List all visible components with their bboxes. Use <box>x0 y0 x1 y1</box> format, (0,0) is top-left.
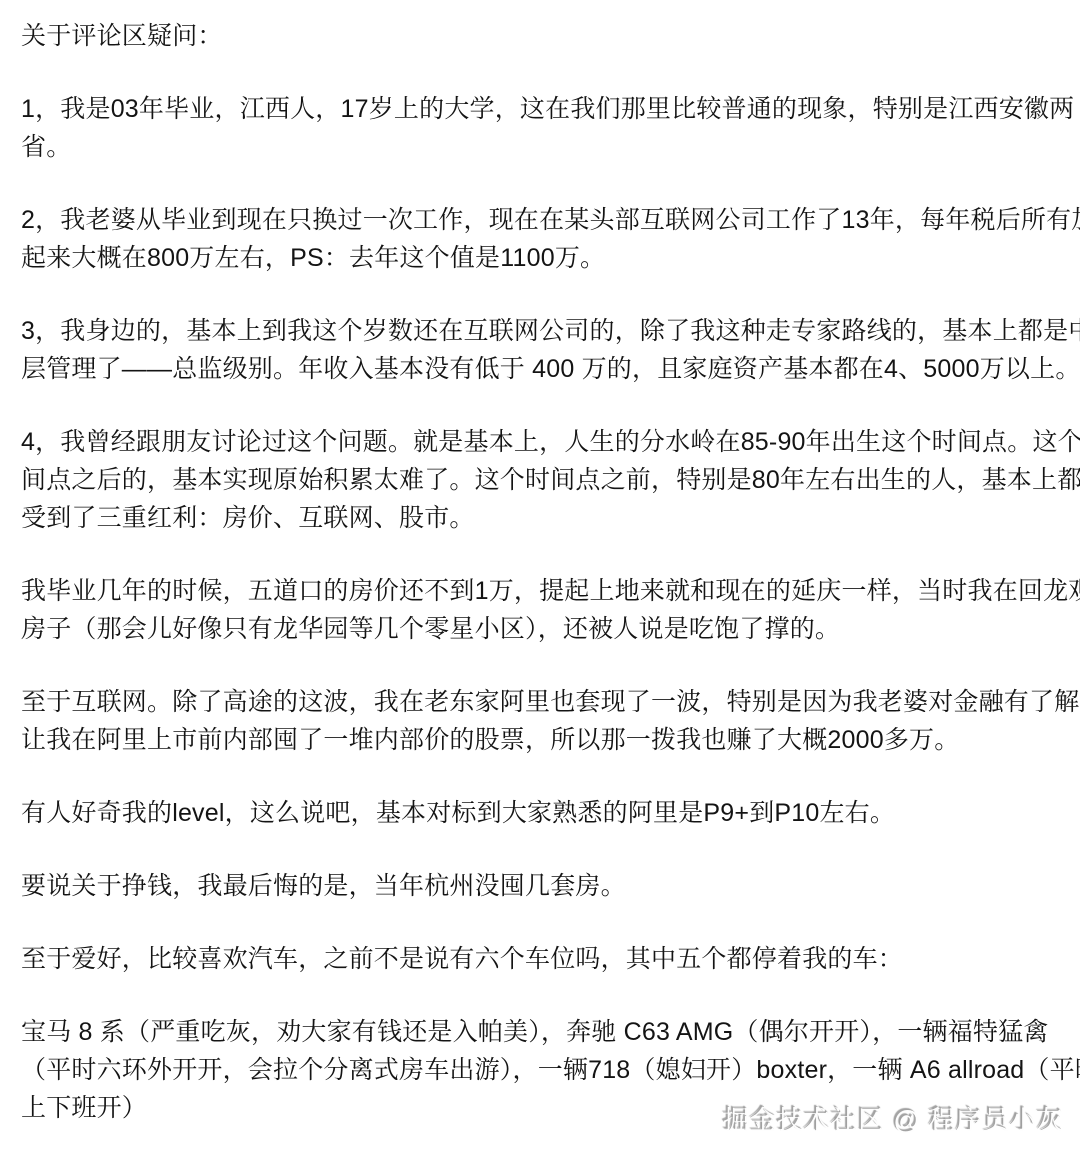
text-line: （平时六环外开开，会拉个分离式房车出游），一辆718（媳妇开）boxter，一辆… <box>21 1051 1064 1089</box>
text-line: 1，我是03年毕业，江西人，17岁上的大学，这在我们那里比较普通的现象，特别是江… <box>21 90 1064 128</box>
paragraph: 3，我身边的，基本上到我这个岁数还在互联网公司的，除了我这种走专家路线的，基本上… <box>21 312 1064 388</box>
paragraph: 至于互联网。除了高途的这波，我在老东家阿里也套现了一波，特别是因为我老婆对金融有… <box>21 683 1064 759</box>
paragraph: 4，我曾经跟朋友讨论过这个问题。就是基本上，人生的分水岭在85-90年出生这个时… <box>21 423 1064 537</box>
paragraph: 1，我是03年毕业，江西人，17岁上的大学，这在我们那里比较普通的现象，特别是江… <box>21 90 1064 166</box>
text-line: 房子（那会儿好像只有龙华园等几个零星小区），还被人说是吃饱了撑的。 <box>21 610 1064 648</box>
post-body: 1，我是03年毕业，江西人，17岁上的大学，这在我们那里比较普通的现象，特别是江… <box>21 90 1064 1127</box>
text-line: 层管理了——总监级别。年收入基本没有低于 400 万的，且家庭资产基本都在4、5… <box>21 350 1064 388</box>
page: { "page": { "background": "#ffffff", "te… <box>0 0 1080 1167</box>
text-line: 要说关于挣钱，我最后悔的是，当年杭州没囤几套房。 <box>21 867 1064 905</box>
text-line: 3，我身边的，基本上到我这个岁数还在互联网公司的，除了我这种走专家路线的，基本上… <box>21 312 1064 350</box>
watermark: 掘金技术社区 @ 程序员小灰 <box>723 1100 1064 1140</box>
text-line: 至于互联网。除了高途的这波，我在老东家阿里也套现了一波，特别是因为我老婆对金融有… <box>21 683 1064 721</box>
paragraph: 我毕业几年的时候，五道口的房价还不到1万，提起上地来就和现在的延庆一样，当时我在… <box>21 572 1064 648</box>
paragraph: 至于爱好，比较喜欢汽车，之前不是说有六个车位吗，其中五个都停着我的车： <box>21 940 1064 978</box>
text-line: 至于爱好，比较喜欢汽车，之前不是说有六个车位吗，其中五个都停着我的车： <box>21 940 1064 978</box>
text-line: 让我在阿里上市前内部囤了一堆内部价的股票，所以那一拨我也赚了大概2000多万。 <box>21 721 1064 759</box>
text-line: 宝马 8 系（严重吃灰，劝大家有钱还是入帕美），奔驰 C63 AMG（偶尔开开）… <box>21 1013 1064 1051</box>
text-line: 4，我曾经跟朋友讨论过这个问题。就是基本上，人生的分水岭在85-90年出生这个时… <box>21 423 1064 461</box>
text-line: 2，我老婆从毕业到现在只换过一次工作，现在在某头部互联网公司工作了13年，每年税… <box>21 201 1064 239</box>
paragraph: 有人好奇我的level，这么说吧，基本对标到大家熟悉的阿里是P9+到P10左右。 <box>21 794 1064 832</box>
text-line: 起来大概在800万左右，PS：去年这个值是1100万。 <box>21 239 1064 277</box>
text-line: 有人好奇我的level，这么说吧，基本对标到大家熟悉的阿里是P9+到P10左右。 <box>21 794 1064 832</box>
text-line: 受到了三重红利：房价、互联网、股市。 <box>21 499 1064 537</box>
paragraph: 要说关于挣钱，我最后悔的是，当年杭州没囤几套房。 <box>21 867 1064 905</box>
post-content: 关于评论区疑问： 1，我是03年毕业，江西人，17岁上的大学，这在我们那里比较普… <box>0 0 1080 1127</box>
post-title: 关于评论区疑问： <box>21 17 1064 55</box>
paragraph: 2，我老婆从毕业到现在只换过一次工作，现在在某头部互联网公司工作了13年，每年税… <box>21 201 1064 277</box>
text-line: 间点之后的，基本实现原始积累太难了。这个时间点之前，特别是80年左右出生的人，基… <box>21 461 1064 499</box>
text-line: 省。 <box>21 128 1064 166</box>
text-line: 我毕业几年的时候，五道口的房价还不到1万，提起上地来就和现在的延庆一样，当时我在… <box>21 572 1064 610</box>
